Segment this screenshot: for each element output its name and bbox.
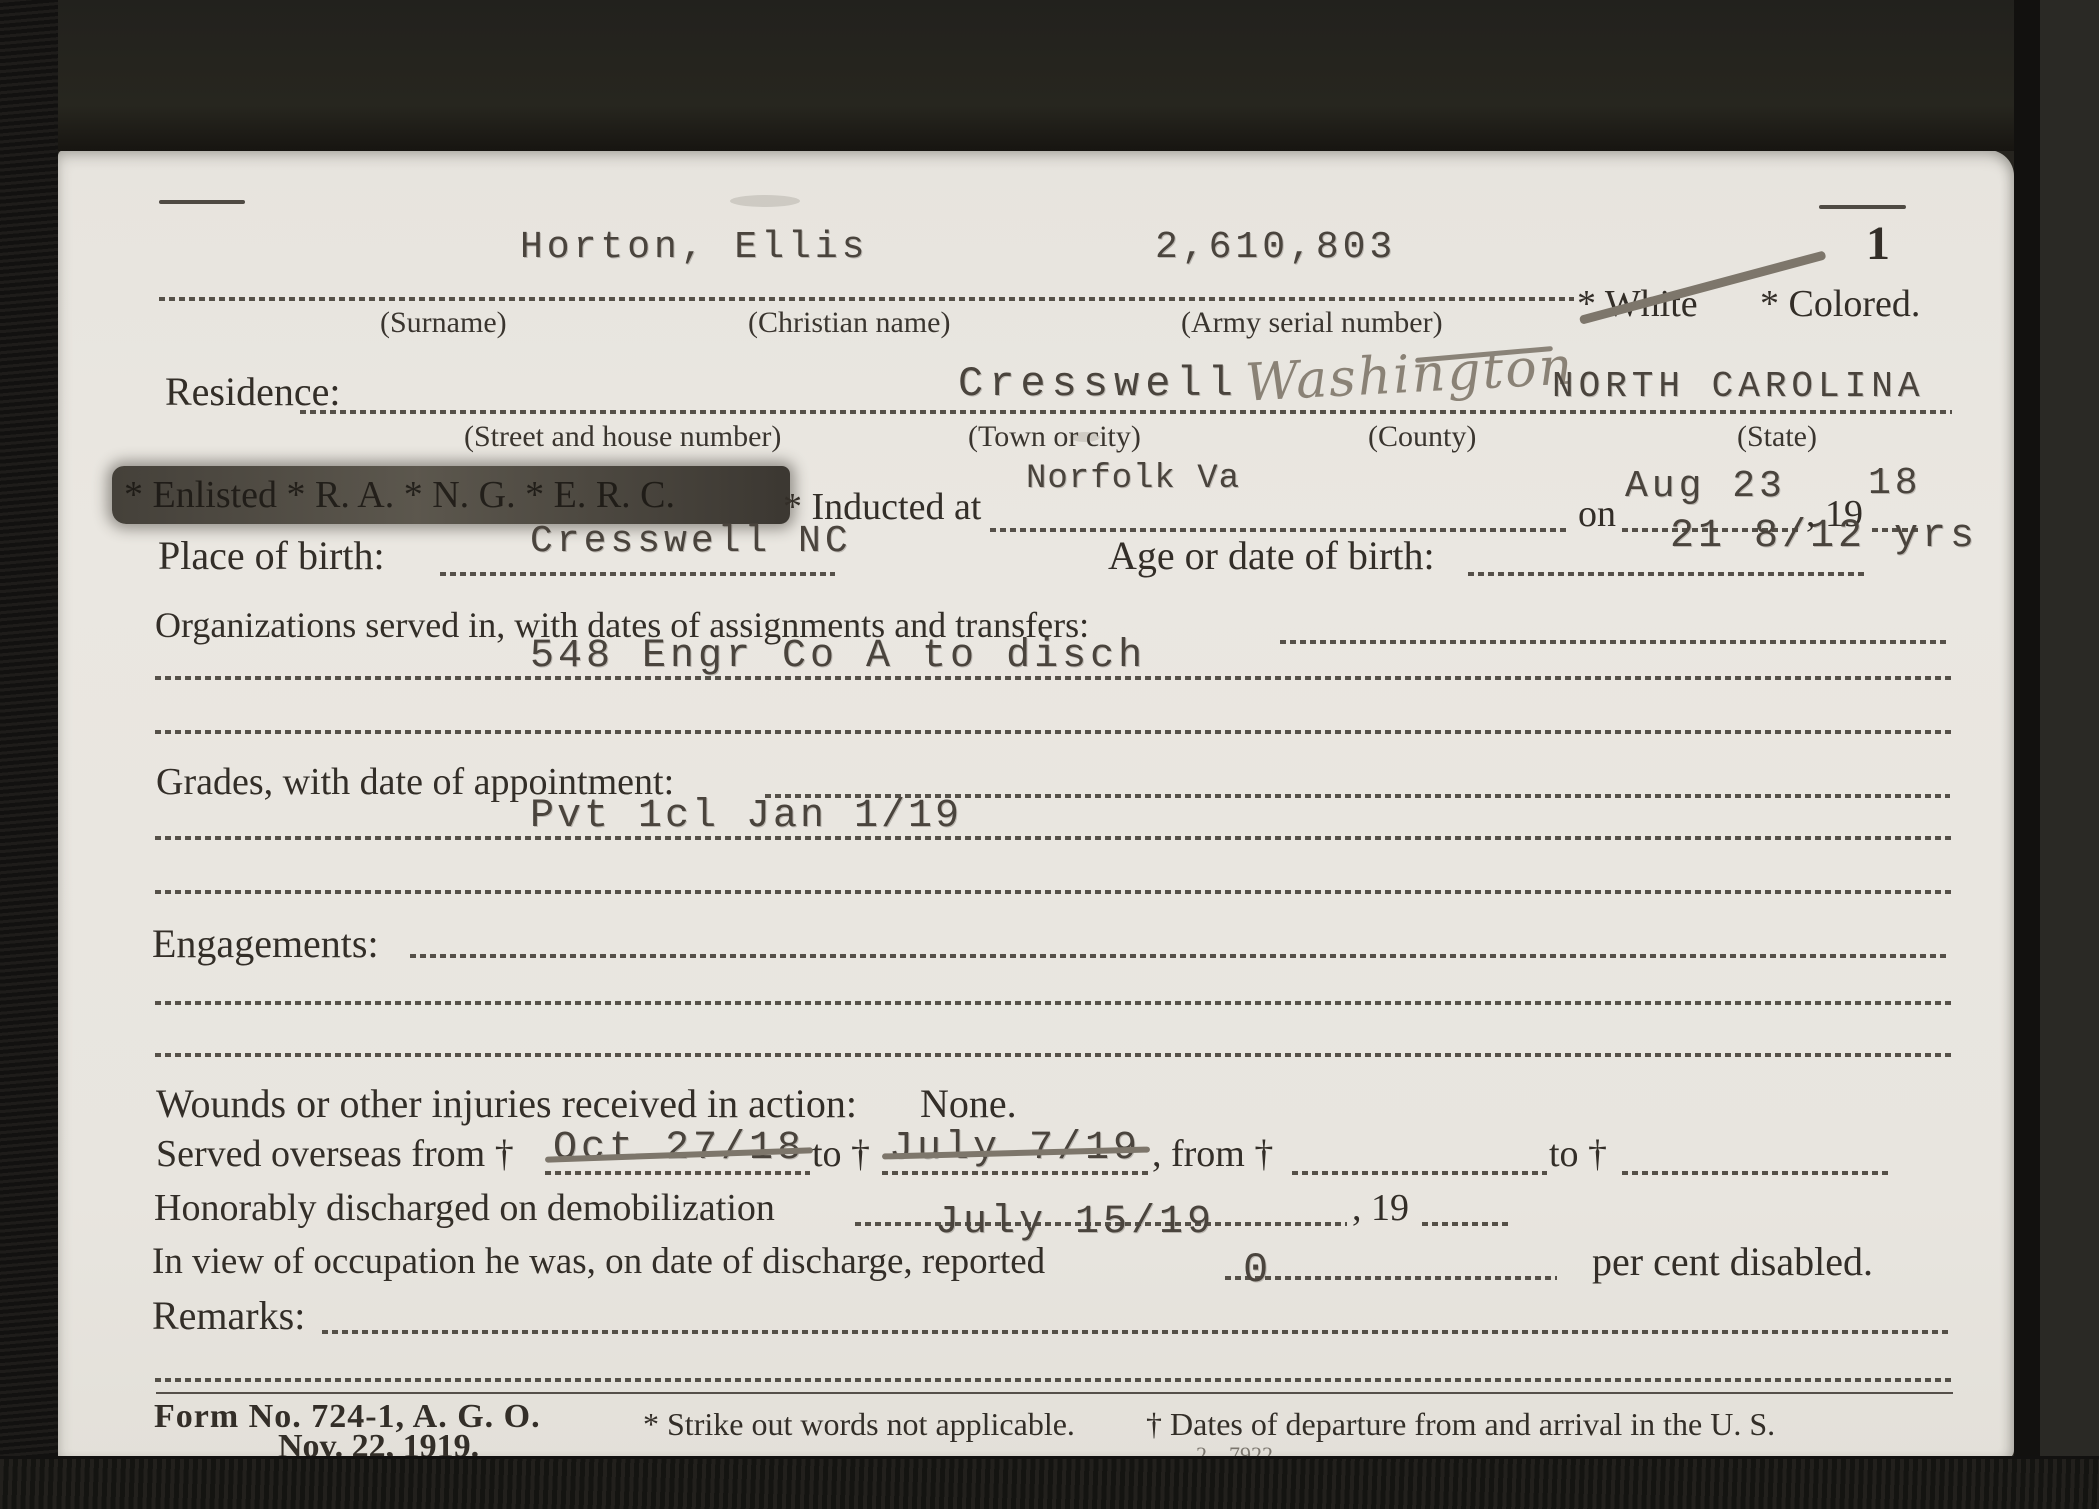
- label-street: (Street and house number): [464, 420, 781, 454]
- scan-background-left: [0, 0, 58, 1509]
- label-army-serial-number: (Army serial number): [1181, 306, 1443, 340]
- enlist-date-value: Aug 23: [1625, 465, 1786, 508]
- label-christian-name: (Christian name): [748, 306, 950, 340]
- organizations-rule-2: [155, 730, 1952, 734]
- dagger-note: † Dates of departure from and arrival in…: [1146, 1406, 1775, 1443]
- place-of-birth-rule: [440, 572, 835, 576]
- label-surname: (Surname): [380, 306, 507, 340]
- overseas-to-rule: [882, 1171, 1148, 1175]
- overseas-from-rule: [545, 1171, 810, 1175]
- discharge-year-prefix: , 19: [1352, 1186, 1409, 1230]
- serial-number-value: 2,610,803: [1155, 226, 1396, 269]
- smudge-mark-top: [730, 195, 800, 207]
- struck-enlistment-options: * Enlisted * R. A. * N. G. * E. R. C.: [112, 466, 790, 524]
- label-county: (County): [1368, 420, 1476, 454]
- organizations-rule-1: [155, 676, 1952, 680]
- remarks-rule: [322, 1330, 1950, 1334]
- engagements-rule-1: [155, 1001, 1952, 1005]
- age-label: Age or date of birth:: [1108, 532, 1435, 579]
- residence-label: Residence:: [165, 368, 341, 415]
- wounds-label: Wounds or other injuries received in act…: [156, 1080, 857, 1127]
- name-value: Horton, Ellis: [520, 226, 868, 269]
- label-state: (State): [1737, 420, 1817, 454]
- overseas-to2-rule: [1622, 1171, 1890, 1175]
- overseas-label: Served overseas from †: [156, 1132, 514, 1176]
- scanned-service-card: 1 Horton, Ellis 2,610,803 * White * Colo…: [0, 0, 2099, 1509]
- disability-label: In view of occupation he was, on date of…: [152, 1240, 1045, 1283]
- discharge-label: Honorably discharged on demobilization: [154, 1186, 775, 1230]
- organizations-label-rule: [1280, 640, 1950, 644]
- place-of-birth-value: Cresswell NC: [530, 520, 852, 563]
- overseas-from2-rule: [1292, 1171, 1547, 1175]
- discharge-year-rule: [1422, 1222, 1510, 1226]
- place-of-birth-label: Place of birth:: [158, 532, 385, 579]
- strike-note: * Strike out words not applicable.: [643, 1406, 1075, 1443]
- grades-rule-2: [155, 890, 1952, 894]
- name-line-rule: [159, 297, 1574, 301]
- residence-rule: [300, 410, 1952, 414]
- organizations-value: 548 Engr Co A to disch: [530, 634, 1146, 679]
- enlist-year-value: 18: [1868, 462, 1922, 505]
- scan-background-top: [0, 0, 2099, 151]
- age-rule: [1468, 572, 1868, 576]
- scan-background-bottom: [0, 1456, 2099, 1509]
- overseas-to-label: to †: [812, 1132, 870, 1176]
- discharge-date-value: July 15/19: [935, 1200, 1215, 1245]
- remarks-label: Remarks:: [152, 1292, 305, 1339]
- overseas-from2-label: , from †: [1152, 1132, 1273, 1176]
- disability-value: 0: [1243, 1246, 1268, 1294]
- disability-rule: [1225, 1276, 1557, 1280]
- overseas-to2-label: to †: [1549, 1132, 1607, 1176]
- engagements-rule-2: [155, 1053, 1952, 1057]
- race-option-colored: * Colored.: [1760, 282, 1920, 326]
- footer-solid-rule: [156, 1392, 1953, 1394]
- disability-suffix: per cent disabled.: [1592, 1238, 1873, 1285]
- smudge-mark-middle: [1070, 432, 1100, 442]
- struck-enlistment-options-text: * Enlisted * R. A. * N. G. * E. R. C.: [124, 473, 675, 517]
- on-label: on: [1578, 492, 1616, 536]
- page-number: 1: [1866, 216, 1890, 271]
- grades-value: Pvt 1cl Jan 1/19: [530, 794, 962, 839]
- tick-mark-right: [1819, 205, 1906, 209]
- wounds-value: None.: [920, 1080, 1017, 1127]
- scan-background-right: [2014, 0, 2099, 1509]
- tick-mark-left: [159, 200, 245, 204]
- engagements-label-rule: [410, 954, 1950, 958]
- label-town: (Town or city): [968, 420, 1141, 454]
- residence-state-value: NORTH CAROLINA: [1552, 366, 1924, 407]
- grades-rule-1: [155, 836, 1952, 840]
- age-value: 21 8/12 yrs: [1670, 514, 1978, 559]
- inducted-place-value: Norfolk Va: [1026, 460, 1240, 498]
- footer-dotted-rule: [155, 1378, 1952, 1382]
- residence-town-value: Cresswell: [958, 360, 1239, 408]
- engagements-label: Engagements:: [152, 920, 379, 967]
